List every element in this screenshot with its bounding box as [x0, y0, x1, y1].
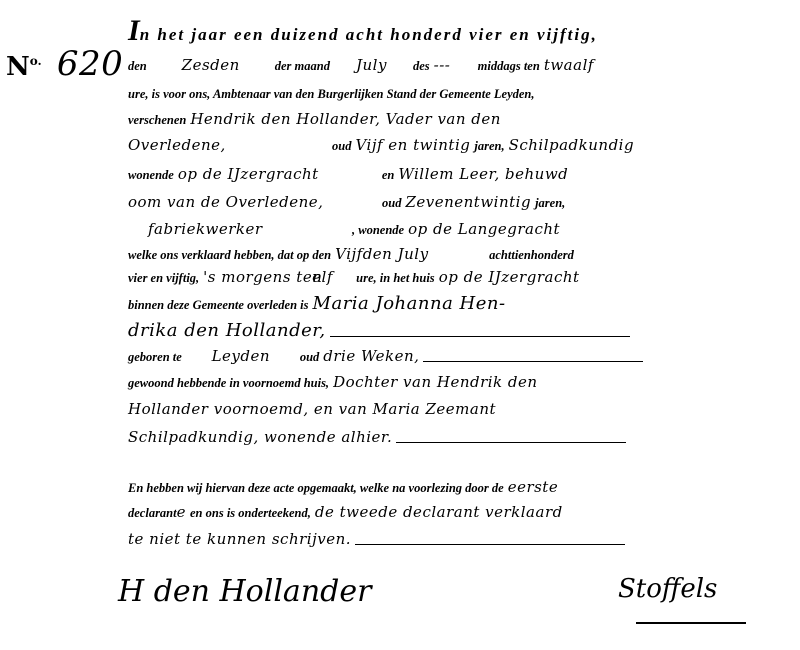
line-residence-1: wonende op de IJzergracht en Willem Leer…	[128, 165, 568, 184]
handwritten-deceased-age: drie Weken,	[323, 347, 419, 365]
line-official: ure, is voor ons, Ambtenaar van den Burg…	[128, 85, 535, 103]
line-declarant-1-age: Overledene, oud Vijf en twintig jaren, S…	[128, 136, 634, 155]
handwritten-deceased-name: Maria Johanna Hen-	[313, 293, 506, 314]
handwritten-address-2: op de Langegracht	[408, 220, 560, 238]
line-appeared: verschenen Hendrik den Hollander, Vader …	[128, 110, 501, 129]
handwritten-address-1: op de IJzergracht	[178, 165, 378, 183]
handwritten-occupation-1: Schilpadkundig	[509, 136, 635, 154]
handwritten-age-2: Zevenentwintig	[405, 193, 531, 211]
fill-rule	[423, 353, 643, 362]
line-date: den Zesden der maand July des --- middag…	[128, 56, 594, 75]
line-deceased: binnen deze Gemeente overleden is Maria …	[128, 293, 506, 314]
handwritten-hour: twaalf	[544, 56, 594, 74]
handwritten-parentage: Dochter van Hendrik den	[333, 373, 538, 391]
line-death-time: vier en vijftig, 's morgens ten elf ure,…	[128, 268, 580, 287]
fill-rule	[330, 328, 630, 337]
handwritten-age-1: Vijf en twintig	[355, 136, 470, 154]
line-birth: geboren te Leyden oud drie Weken,	[128, 347, 643, 366]
fill-rule	[396, 434, 626, 443]
line-deceased-cont: drika den Hollander,	[128, 320, 630, 341]
civil-death-record: No. 620 In het jaar een duizend acht hon…	[0, 0, 800, 650]
fill-rule	[355, 536, 625, 545]
line-signing: declarante en ons is onderteekend, de tw…	[128, 503, 563, 522]
handwritten-day: Zesden	[151, 56, 271, 74]
record-header: In het jaar een duizend acht honderd vie…	[128, 14, 598, 48]
handwritten-occupation-2: fabriekwerker	[128, 220, 348, 238]
drop-initial: I	[128, 14, 140, 47]
handwritten-death-date: Vijfden July	[335, 245, 485, 263]
signature-declarant: H den Hollander	[118, 574, 371, 609]
line-signing-end: te niet te kunnen schrijven.	[128, 530, 625, 549]
handwritten-declarant-1: Hendrik den Hollander, Vader van den	[190, 110, 501, 128]
handwritten-death-place: op de IJzergracht	[439, 268, 580, 286]
handwritten-birthplace: Leyden	[186, 347, 296, 365]
handwritten-month: July	[334, 56, 409, 74]
line-parentage-end: Schilpadkundig, wonende alhier.	[128, 428, 626, 447]
line-declarant-2-age: oom van de Overledene, oud Zevenentwinti…	[128, 193, 565, 212]
handwritten-death-hour: elf	[312, 268, 352, 286]
handwritten-declarant-2: Willem Leer, behuwd	[398, 165, 568, 183]
line-parentage: Hollander voornoemd, en van Maria Zeeman…	[128, 400, 496, 419]
signature-flourish	[636, 622, 746, 624]
line-declaration: welke ons verklaard hebben, dat op den V…	[128, 245, 574, 264]
line-occupation-2: fabriekwerker , wonende op de Langegrach…	[128, 220, 560, 239]
signature-official: Stoffels	[618, 574, 717, 604]
record-number: No. 620	[6, 44, 123, 84]
line-closing: En hebben wij hiervan deze acte opgemaak…	[128, 478, 558, 497]
line-residence: gewoond hebbende in voornoemd huis, Doch…	[128, 373, 538, 392]
number-label: No.	[6, 52, 42, 82]
record-number-value: 620	[57, 44, 123, 84]
